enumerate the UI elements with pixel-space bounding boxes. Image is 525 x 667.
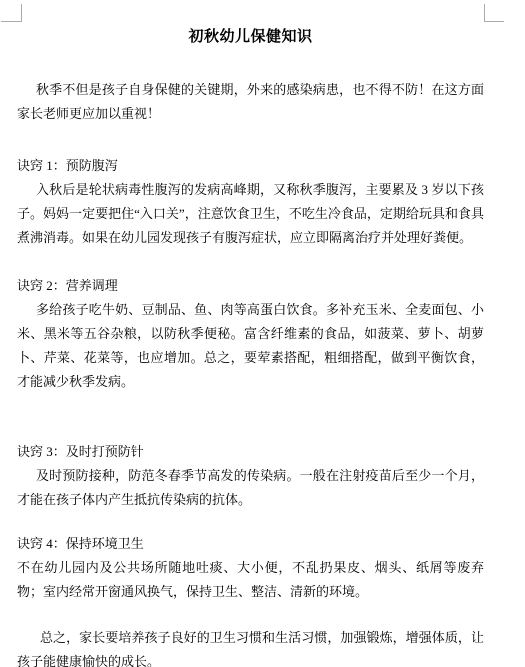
section-heading: 诀窍 3：及时打预防针 [17,440,484,464]
section-tip-4: 诀窍 4：保持环境卫生 不在幼儿园内及公共场所随地吐痰、大小便，不乱扔果皮、烟头… [17,532,484,604]
section-body: 多给孩子吃牛奶、豆制品、鱼、肉等高蛋白饮食。多补充玉米、全麦面包、小米、黑米等五… [17,298,484,394]
document-page: 初秋幼儿保健知识 秋季不但是孩子自身保健的关键期，外来的感染病患，也不得不防！在… [0,0,525,667]
section-tip-1: 诀窍 1：预防腹泻 入秋后是轮状病毒性腹泻的发病高峰期，又称秋季腹泻，主要累及 … [17,154,484,250]
section-tip-3: 诀窍 3：及时打预防针 及时预防接种，防范冬春季节高发的传染病。一般在注射疫苗后… [17,440,484,512]
intro-paragraph: 秋季不但是孩子自身保健的关键期，外来的感染病患，也不得不防！在这方面家长老师更应… [17,78,484,126]
section-heading: 诀窍 4：保持环境卫生 [17,532,484,556]
document-title: 初秋幼儿保健知识 [17,26,484,48]
section-tip-2: 诀窍 2：营养调理 多给孩子吃牛奶、豆制品、鱼、肉等高蛋白饮食。多补充玉米、全麦… [17,274,484,394]
section-body: 入秋后是轮状病毒性腹泻的发病高峰期，又称秋季腹泻，主要累及 3 岁以下孩子。妈妈… [17,178,484,250]
section-body: 不在幼儿园内及公共场所随地吐痰、大小便，不乱扔果皮、烟头、纸屑等废弃物；室内经常… [17,556,484,604]
document-content: 初秋幼儿保健知识 秋季不但是孩子自身保健的关键期，外来的感染病患，也不得不防！在… [17,26,484,667]
margin-crop-mark-top-right [484,4,504,22]
section-body: 及时预防接种，防范冬春季节高发的传染病。一般在注射疫苗后至少一个月，才能在孩子体… [17,464,484,512]
section-heading: 诀窍 2：营养调理 [17,274,484,298]
margin-crop-mark-top-left [1,4,22,22]
closing-paragraph: 总之，家长要培养孩子良好的卫生习惯和生活习惯，加强锻炼，增强体质，让孩子能健康愉… [17,626,484,667]
section-heading: 诀窍 1：预防腹泻 [17,154,484,178]
